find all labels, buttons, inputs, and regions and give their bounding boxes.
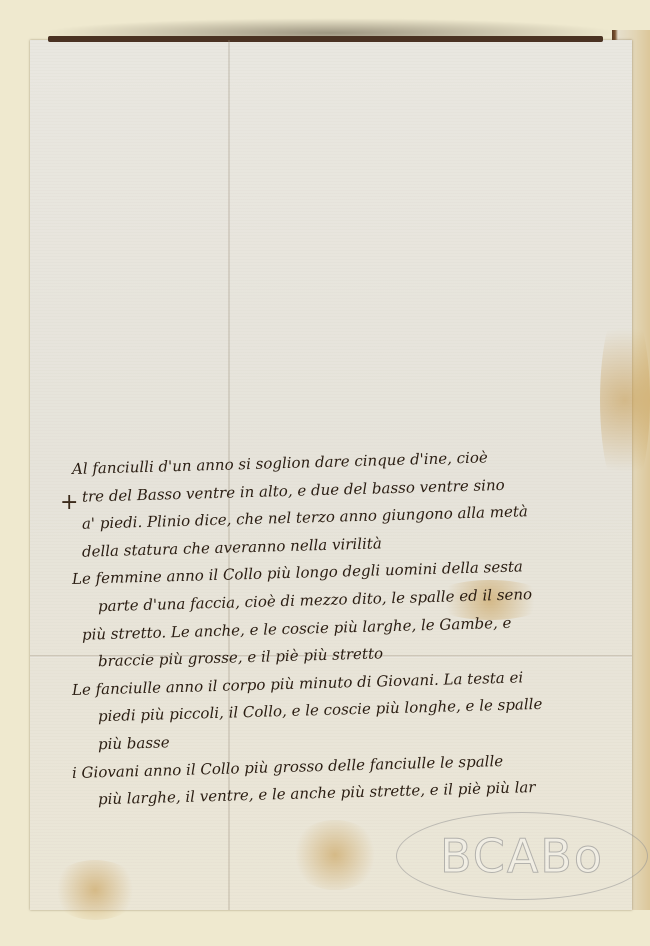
watermark-text: BCABo — [440, 829, 604, 883]
sheet-top-edge — [48, 36, 603, 42]
library-watermark: BCABo — [396, 812, 648, 900]
stain — [290, 820, 380, 890]
handwritten-text: Al fanciulli d'un anno si soglion dare c… — [72, 456, 632, 815]
stain — [50, 860, 140, 920]
